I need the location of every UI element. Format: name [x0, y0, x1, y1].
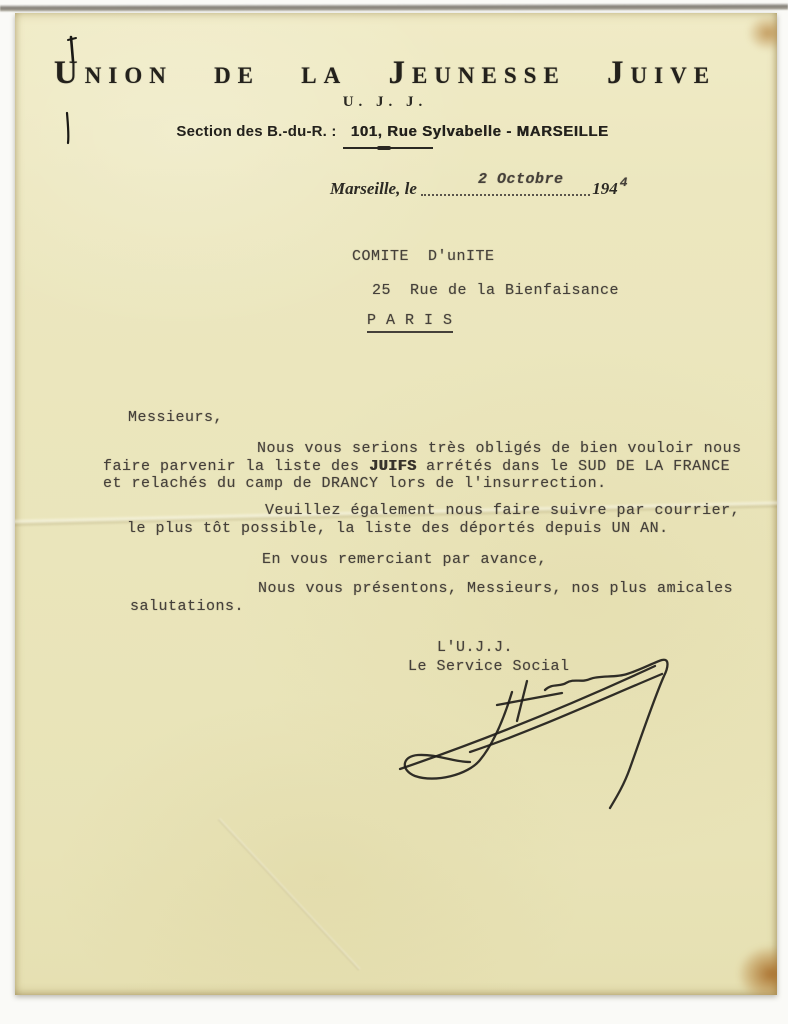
- text-segment: arrétés dans le SUD DE LA FRANCE: [417, 458, 731, 475]
- recipient-street: 25 Rue de la Bienfaisance: [372, 283, 619, 299]
- recipient-city: P A R I S: [367, 313, 453, 333]
- scan-edge-shadow: [0, 3, 788, 12]
- typed-line: le plus tôt possible, la liste des dépor…: [127, 521, 669, 537]
- dateline-year-typed-digit: 4: [620, 175, 628, 191]
- typed-line: et relachés du camp de DRANCY lors de l'…: [103, 476, 607, 492]
- emphasized-text: JUIFS: [369, 458, 417, 475]
- org-abbreviation: U. J. J.: [15, 94, 755, 111]
- scan-background: { "colors":{"paper":"#eae5bb","ink_typed…: [0, 0, 788, 1024]
- text-segment: Nous vous présentons, Messieurs, nos plu…: [258, 580, 733, 597]
- text-segment: Veuillez également nous faire suivre par…: [265, 502, 740, 519]
- stain-bottom-right: [737, 945, 777, 995]
- fold-crease-diagonal: [218, 818, 361, 971]
- org-title: Union de la Jeunesse Juive: [15, 55, 755, 91]
- letter-document: Union de la Jeunesse Juive U. J. J. Sect…: [15, 13, 777, 995]
- typed-line: Nous vous présentons, Messieurs, nos plu…: [258, 581, 733, 597]
- dateline: Marseille, le 194 4 2 Octobre: [330, 179, 626, 199]
- text-segment: faire parvenir la liste des: [103, 458, 369, 475]
- section-address: 101, Rue Sylvabelle - MARSEILLE: [351, 123, 609, 140]
- stain-top-right: [747, 15, 777, 51]
- text-segment: et relachés du camp de DRANCY lors de l'…: [103, 475, 607, 492]
- text-segment: En vous remerciant par avance,: [262, 551, 547, 568]
- dateline-place-label: Marseille, le: [330, 179, 417, 199]
- typed-line: Nous vous serions très obligés de bien v…: [257, 441, 742, 457]
- letterhead-divider: [343, 147, 433, 149]
- dateline-year-printed: 194: [592, 179, 618, 199]
- dateline-dotted-leader: [421, 193, 590, 196]
- signature: [395, 650, 687, 825]
- letterhead-address-line: Section des B.-du-R. : 101, Rue Sylvabel…: [15, 123, 770, 140]
- typed-line: Veuillez également nous faire suivre par…: [265, 503, 740, 519]
- divider-ornament: [377, 146, 391, 150]
- recipient-name: COMITE D'unITE: [352, 249, 495, 265]
- text-segment: le plus tôt possible, la liste des dépor…: [127, 520, 669, 537]
- text-segment: salutations.: [130, 598, 244, 615]
- dateline-typed-date: 2 Octobre: [478, 172, 564, 188]
- text-segment: Nous vous serions très obligés de bien v…: [257, 440, 742, 457]
- typed-line: salutations.: [130, 599, 244, 615]
- salutation: Messieurs,: [128, 410, 223, 426]
- typed-line: En vous remerciant par avance,: [262, 552, 547, 568]
- typed-line: faire parvenir la liste des JUIFS arrété…: [103, 459, 730, 475]
- section-label: Section des B.-du-R. :: [176, 123, 336, 140]
